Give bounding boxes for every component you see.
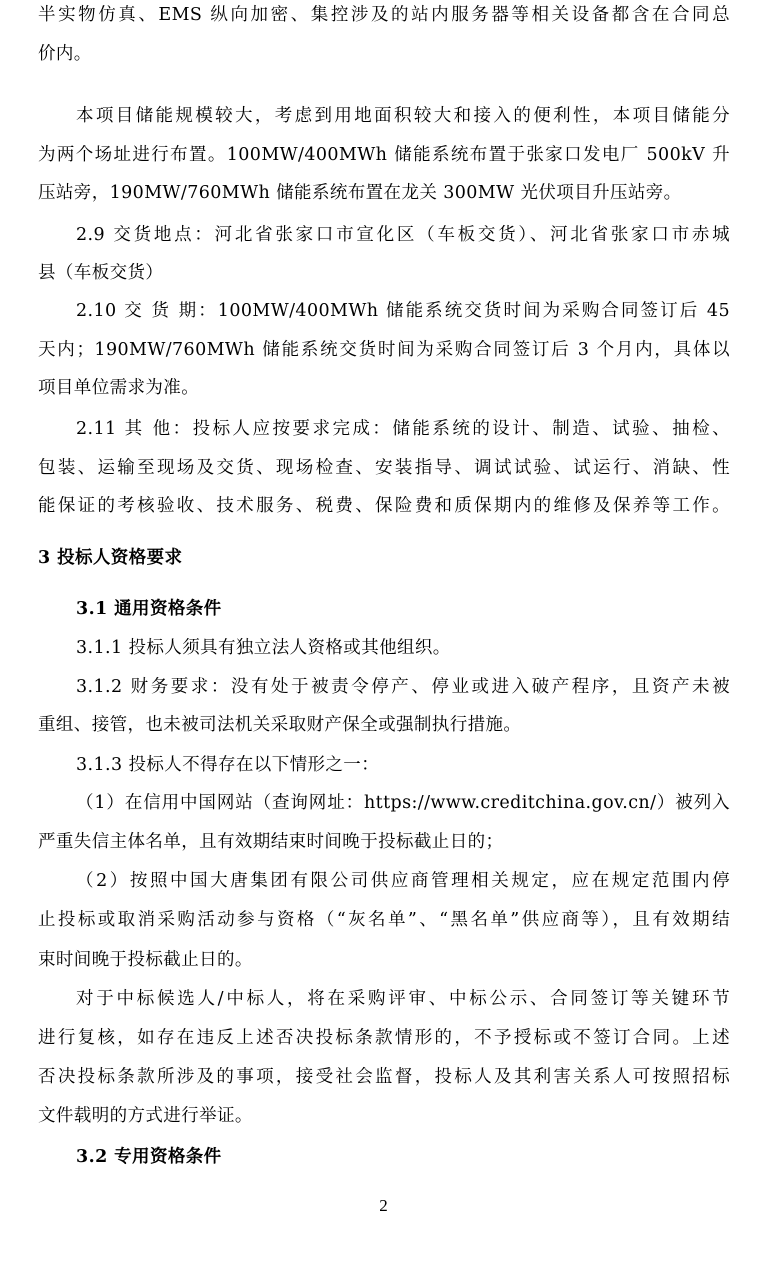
- paragraph-line: 县（车板交货）: [38, 261, 730, 285]
- paragraph-line: 价内。: [38, 42, 730, 66]
- paragraph-line: 文件载明的方式进行举证。: [38, 1104, 730, 1128]
- paragraph-line: 能保证的考核验收、技术服务、税费、保险费和质保期内的维修及保养等工作。: [38, 494, 730, 518]
- paragraph-line: 压站旁，190MW/760MWh 储能系统布置在龙关 300MW 光伏项目升压站…: [38, 181, 730, 205]
- paragraph-line: 半实物仿真、EMS 纵向加密、集控涉及的站内服务器等相关设备都含在合同总: [38, 3, 730, 27]
- paragraph-line: 3.1.1 投标人须具有独立法人资格或其他组织。: [76, 636, 730, 660]
- paragraph-line: 2.9 交货地点：河北省张家口市宣化区（车板交货）、河北省张家口市赤城: [76, 223, 730, 247]
- paragraph-line: 否决投标条款所涉及的事项，接受社会监督，投标人及其利害关系人可按照招标: [38, 1065, 730, 1089]
- section-heading: 3.1 通用资格条件: [76, 597, 730, 621]
- section-heading: 3 投标人资格要求: [38, 546, 730, 570]
- paragraph-line: 严重失信主体名单，且有效期结束时间晚于投标截止日的；: [38, 830, 730, 854]
- page-number: 2: [0, 1196, 767, 1216]
- paragraph-line: （1）在信用中国网站（查询网址：https://www.creditchina.…: [76, 791, 730, 815]
- paragraph-line: 止投标或取消采购活动参与资格（“灰名单”、“黑名单”供应商等），且有效期结: [38, 908, 730, 932]
- paragraph-line: 对于中标候选人/中标人，将在采购评审、中标公示、合同签订等关键环节: [76, 987, 730, 1011]
- paragraph-line: 进行复核，如存在违反上述否决投标条款情形的，不予授标或不签订合同。上述: [38, 1026, 730, 1050]
- paragraph-line: 本项目储能规模较大，考虑到用地面积较大和接入的便利性，本项目储能分: [76, 104, 730, 128]
- paragraph-line: 为两个场址进行布置。100MW/400MWh 储能系统布置于张家口发电厂 500…: [38, 143, 730, 167]
- paragraph-line: 天内；190MW/760MWh 储能系统交货时间为采购合同签订后 3 个月内，具…: [38, 338, 730, 362]
- paragraph-line: 项目单位需求为准。: [38, 376, 730, 400]
- paragraph-line: 包装、运输至现场及交货、现场检查、安装指导、调试试验、试运行、消缺、性: [38, 456, 730, 480]
- paragraph-line: 束时间晚于投标截止日的。: [38, 948, 730, 972]
- paragraph-line: 3.1.3 投标人不得存在以下情形之一：: [76, 753, 730, 777]
- section-heading: 3.2 专用资格条件: [76, 1145, 730, 1169]
- paragraph-line: 3.1.2 财务要求：没有处于被责令停产、停业或进入破产程序，且资产未被: [76, 675, 730, 699]
- paragraph-line: （2）按照中国大唐集团有限公司供应商管理相关规定，应在规定范围内停: [76, 869, 730, 893]
- paragraph-line: 2.10 交 货 期：100MW/400MWh 储能系统交货时间为采购合同签订后…: [76, 299, 730, 323]
- paragraph-line: 2.11 其 他：投标人应按要求完成：储能系统的设计、制造、试验、抽检、: [76, 417, 730, 441]
- paragraph-line: 重组、接管，也未被司法机关采取财产保全或强制执行措施。: [38, 713, 730, 737]
